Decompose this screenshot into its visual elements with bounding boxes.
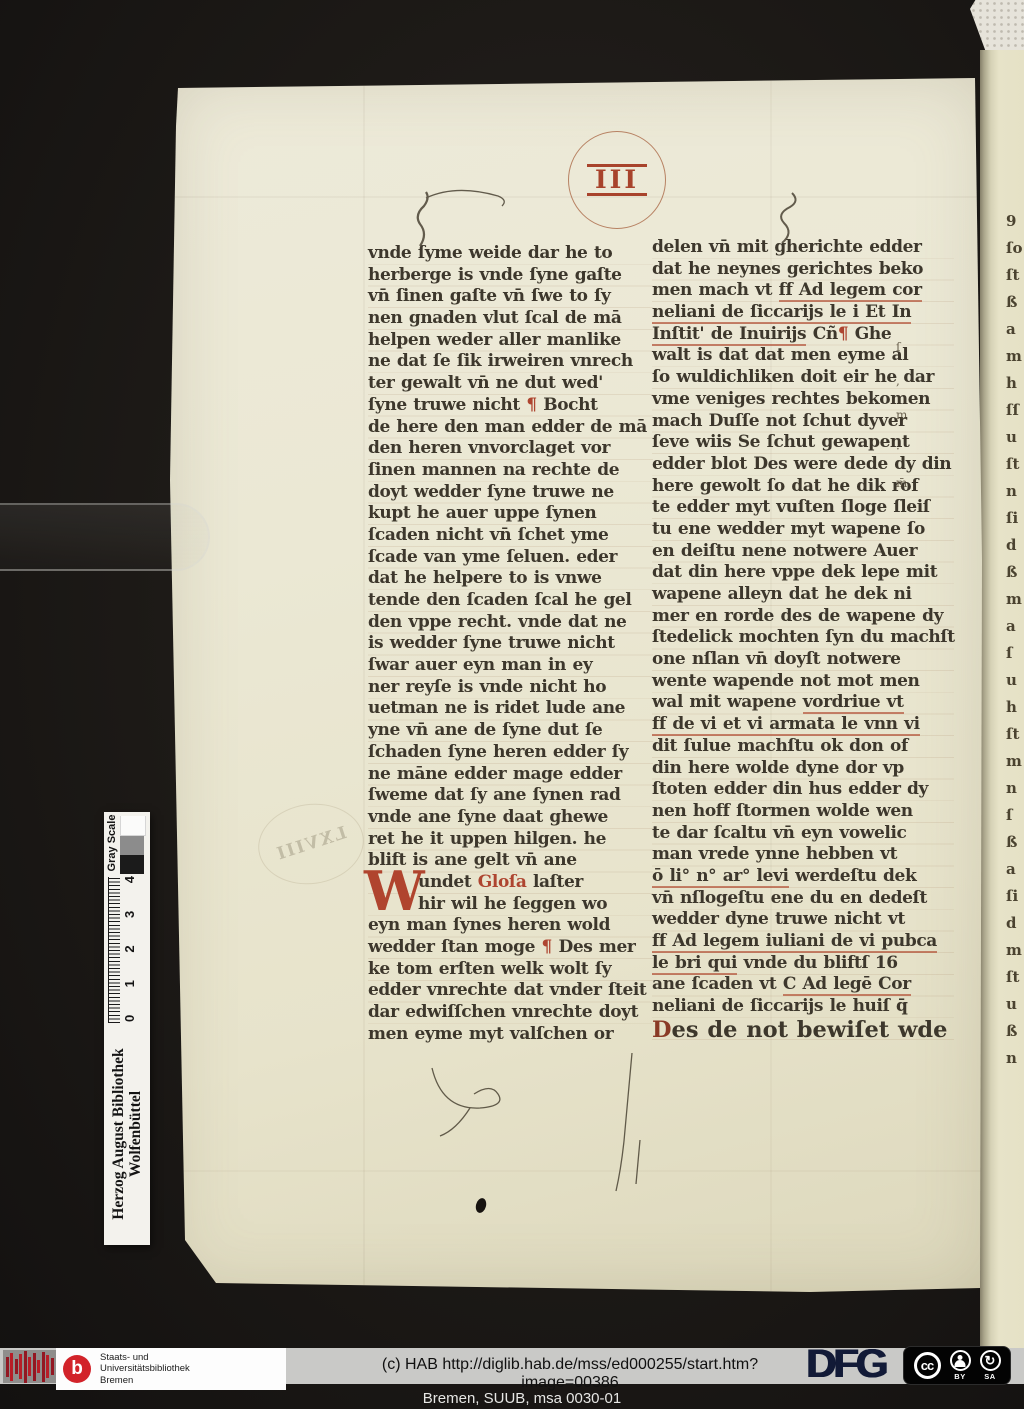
text-segment: herberge is vnde ſyne gaſte [368,265,622,285]
manuscript-line: wapene alleyn dat he dek ni [652,584,954,606]
manuscript-line: nen hoff ſtormen wolde wen [652,801,954,823]
logo-stripe [51,1358,54,1375]
sa-arrow-glyph: ↻ [985,1354,996,1367]
manuscript-line: men eyme myt valſchen or [368,1024,653,1046]
cc-by-label: BY [954,1372,965,1381]
ruler-number: 1 [122,980,137,987]
text-segment: dat he helpere to is vnwe [368,568,602,588]
cc-icon-letters: cc [921,1358,933,1373]
text-segment: ke tom erſten welk wolt ſy [368,959,611,979]
gray-scale-label: Gray Scale [104,812,120,874]
manuscript-line: neliani de ſiccarijs le i Et In [652,302,954,324]
manuscript-line: wal mit wapene vordriue vt [652,692,954,714]
text-segment: wal mit wapene [652,692,803,712]
logo-stripe [19,1354,22,1379]
text-column-left: vnde ſyme weide dar he toherberge is vnd… [368,243,653,1045]
text-segment: uetman ne is ridet lude ane [368,698,625,718]
manuscript-line: edder vnrechte dat vnder ſteit [368,980,653,1002]
manuscript-line: vn̄ nſlogeſtu ene du en dedeſt [652,888,954,910]
facing-page-text-sliver: 9 ſo ſt ß a m h ſſ u ſt n ſi d ß m a ſ u… [1006,208,1024,1072]
text-segment: ō li° n° ar° levi [652,866,789,888]
cc-by-group: BY [950,1350,971,1381]
manuscript-line: vn̄ ſinen gaſte vn̄ ſwe to ſy [368,286,653,308]
manuscript-line: ner reyſe is vnde nicht ho [368,677,653,699]
manuscript-line: le bri qui vnde du bliftſ 16 [652,953,954,975]
text-segment: men eyme myt valſchen or [368,1024,613,1044]
ruler-scale: 0 1 2 3 4 [106,877,150,1023]
logo-stripe [33,1353,36,1381]
text-segment: vn̄ nſlogeſtu ene du en dedeſt [652,888,927,908]
text-segment: ſcade van yme ſeluen. eder [368,547,617,567]
text-segment: ff Ad legem iuliani de vi pubca [652,931,937,953]
manuscript-line: tende den ſcaden ſcal he gel [368,590,653,612]
text-segment: C Ad legē Cor [783,974,911,996]
text-segment: men mach vt [652,280,779,300]
manuscript-line: ſyne truwe nicht ¶ Bocht [368,395,653,417]
manuscript-line: ſweme dat ſy ane ſynen rad [368,785,653,807]
text-segment: ſtedelick mochten ſyn du machſt [652,627,955,647]
text-segment: kupt he auer uppe ſynen [368,503,596,523]
text-segment: yne vn̄ ane de ſyne dut ſe [368,720,602,740]
bremen-library-panel: b Staats- und Universitätsbibliothek Bre… [56,1348,286,1390]
manuscript-line: en deiſtu nene notwere Auer [652,541,954,563]
manuscript-line: den heren vnvorclaget vor [368,438,653,460]
logo-stripe [28,1357,31,1376]
cc-icon: cc [914,1352,941,1379]
text-segment: ¶ [838,324,848,344]
text-segment: wapene alleyn dat he dek ni [652,584,912,604]
manuscript-line: wedder dyne truwe nicht vt [652,909,954,931]
text-segment: wedder dyne truwe nicht vt [652,909,905,929]
text-segment: ſeve wiis Se ſchut gewapent [652,432,909,452]
text-segment: en deiſtu nene notwere Auer [652,541,917,561]
text-segment: neliani de ſiccarijs le i Et In [652,302,911,324]
manuscript-line: man vrede ynne hebben vt [652,844,954,866]
text-segment: nen gnaden vlut ſcal de mā [368,308,621,328]
dfg-logo: DFG [806,1344,885,1384]
manuscript-line: men mach vt ff Ad legem cor [652,280,954,302]
bremen-library-name: Staats- und Universitätsbibliothek Breme… [100,1352,190,1387]
manuscript-line: ne dat ſe ſik irweiren vnrech [368,351,653,373]
cc-sa-arrow-icon: ↻ [980,1350,1001,1371]
text-segment: ne dat ſe ſik irweiren vnrech [368,351,633,371]
gray-scale-target: Gray Scale [104,812,150,874]
text-segment: helpen weder aller manlike [368,330,621,350]
manuscript-line: ff Ad legem iuliani de vi pubca [652,931,954,953]
text-segment: Inſtit' de Inuirijs [652,324,806,346]
text-segment: doyt wedder ſyne truwe ne [368,482,614,502]
text-segment: ff de vi et vi armata le vnn vi [652,714,920,736]
bremen-name-line3: Bremen [100,1375,190,1387]
library-name-line1: Herzog August Bibliothek [110,1048,127,1219]
logo-stripe [15,1359,18,1374]
text-segment: ſinen mannen na rechte de [368,460,619,480]
facing-page-edge: 9 ſo ſt ß a m h ſſ u ſt n ſi d ß m a ſ u… [980,50,1024,1348]
manuscript-line: vnde ſyme weide dar he to [368,243,653,265]
manuscript-line: ret he it uppen hilgen. he [368,829,653,851]
logo-stripe [10,1353,13,1381]
text-segment: undet [418,872,478,892]
manuscript-line: herberge is vnde ſyne gaſte [368,265,653,287]
text-segment: ne māne edder mage edder [368,764,622,784]
manuscript-line: te edder myt vuſten ſloge ſleiſ [652,497,954,519]
text-segment: vnde ſyme weide dar he to [368,243,612,263]
manuscript-line: ſwar auer eyn man in ey [368,655,653,677]
manuscript-line: ke tom erſten welk wolt ſy [368,959,653,981]
text-segment: ſwar auer eyn man in ey [368,655,592,675]
text-segment: ſyne truwe nicht [368,395,526,415]
text-segment: neliani de ſiccarijs le huiſ q̄ [652,996,908,1016]
manuscript-page: III LXVIII vnde ſyme weide dar he toherb… [170,78,984,1292]
text-segment: laſter [526,872,583,892]
text-segment: mach Duſſe not ſchut dyver [652,411,907,431]
text-segment: Des mer [552,937,636,957]
gray-scale-patches [120,812,144,874]
ruler-number: 3 [122,911,137,918]
manuscript-line: ane ſcaden vt C Ad legē Cor [652,974,954,996]
library-name-label: Herzog August Bibliothek Wolfenbüttel [104,1023,150,1245]
text-segment: ſcaden nicht vn̄ ſchet yme [368,525,608,545]
text-segment: ner reyſe is vnde nicht ho [368,677,606,697]
text-segment: den heren vnvorclaget vor [368,438,610,458]
text-segment: ¶ [526,395,536,415]
text-segment: vme veniges rechtes bekomen [652,389,930,409]
manuscript-line: ff de vi et vi armata le vnn vi [652,714,954,736]
text-segment: vn̄ ſinen gaſte vn̄ ſwe to ſy [368,286,611,306]
text-segment: ter gewalt vn̄ ne dut wed' [368,373,603,393]
text-segment: nen hoff ſtormen wolde wen [652,801,913,821]
logo-stripe [24,1351,27,1383]
text-segment: Bocht [537,395,598,415]
ruler-number: 2 [122,945,137,952]
manuscript-line: ter gewalt vn̄ ne dut wed' [368,373,653,395]
text-segment: es de not bewiſet wde [672,1017,948,1043]
bremen-name-line1: Staats- und [100,1352,190,1364]
manuscript-line: dat he helpere to is vnwe [368,568,653,590]
manuscript-line: ſcade van yme ſeluen. eder [368,547,653,569]
manuscript-line: dat din here vppe dek lepe mit [652,562,954,584]
text-segment: le bri qui [652,953,737,975]
manuscript-line: din here wolde dyne dor vp [652,758,954,780]
text-segment: wedder ſtan moge [368,937,542,957]
text-segment: vnde ane ſyne daat ghewe [368,807,608,827]
color-calibration-ruler: Herzog August Bibliothek Wolfenbüttel 0 … [104,812,150,1245]
manuscript-line: ſtedelick mochten ſyn du machſt [652,627,954,649]
manuscript-line: ſchaden ſyne heren edder ſy [368,742,653,764]
text-segment: vordriue vt [803,692,904,714]
text-segment: werdeſtu dek [789,866,917,886]
stamp-text: LXVIII [273,823,350,865]
text-segment: ſtoten edder din hus edder dy [652,779,928,799]
manuscript-line: kupt he auer uppe ſynen [368,503,653,525]
text-segment: te dar ſcaltu vn̄ eyn vowelic [652,823,907,843]
manuscript-line: is wedder ſyne truwe nicht [368,633,653,655]
text-segment: wente wapende not mot men [652,671,919,691]
logo-stripe [37,1360,40,1373]
text-segment: mer en rorde des de wapene dy [652,606,943,626]
text-segment: dat din here vppe dek lepe mit [652,562,937,582]
ruler-numbers: 0 1 2 3 4 [122,875,137,1023]
bremen-name-line2: Universitätsbibliothek [100,1363,190,1375]
text-segment: here gewolt ſo dat he dik rof [652,476,918,496]
manuscript-line: vnde ane ſyne daat ghewe [368,807,653,829]
text-segment: ſweme dat ſy ane ſynen rad [368,785,620,805]
logo-stripe [46,1355,49,1378]
manuscript-line: ſinen mannen na rechte de [368,460,653,482]
text-segment: walt is dat dat men eyme al [652,345,908,365]
text-segment: dat he neynes gerichtes beko [652,259,923,279]
manuscript-line: one nſlan vn̄ doyſt notwere [652,649,954,671]
manuscript-line: dit ſulue machſtu ok don of [652,736,954,758]
manuscript-line: uetman ne is ridet lude ane [368,698,653,720]
gray-patch-mid [120,836,144,855]
gray-patch-black [120,855,144,874]
gray-patch-white [120,816,146,836]
manuscript-line: mer en rorde des de wapene dy [652,606,954,628]
text-segment: ſchaden ſyne heren edder ſy [368,742,628,762]
manuscript-line: yne vn̄ ane de ſyne dut ſe [368,720,653,742]
text-segment: Cñ [806,324,838,344]
page-holder-clip [0,503,210,571]
text-segment: D [652,1017,672,1043]
text-segment: ¶ [542,937,552,957]
shelfmark: Bremen, SUUB, msa 0030-01 [0,1390,1024,1407]
manuscript-line: neliani de ſiccarijs le huiſ q̄ [652,996,954,1018]
text-segment: delen vn̄ mit gherichte edder [652,237,922,257]
text-segment: hir wil he ſeggen wo [418,894,607,914]
manuscript-line: ne māne edder mage edder [368,764,653,786]
manuscript-line: doyt wedder ſyne truwe ne [368,482,653,504]
manuscript-line: de here den man edder de mā [368,417,653,439]
person-body [955,1360,966,1367]
text-segment: tu ene wedder myt wapene ſo [652,519,925,539]
manuscript-line: Des de not bewiſet wde [652,1018,954,1044]
margin-marks: ſ , m · m̄ [896,330,912,500]
logo-stripe [42,1352,45,1382]
ruler-number: 0 [122,1015,137,1022]
text-segment: den vppe recht. vnde dat ne [368,612,626,632]
logo-stripe [6,1357,9,1377]
manuscript-line: ō li° n° ar° levi werdeſtu dek [652,866,954,888]
text-segment: dit ſulue machſtu ok don of [652,736,908,756]
initial-letter-w: W [364,866,416,918]
manuscript-line: helpen weder aller manlike [368,330,653,352]
text-segment: din here wolde dyne dor vp [652,758,904,778]
text-segment: one nſlan vn̄ doyſt notwere [652,649,901,669]
ruler-content: Herzog August Bibliothek Wolfenbüttel 0 … [104,812,150,1245]
cc-license-badge: cc BY ↻ SA [903,1346,1011,1385]
cc-sa-group: ↻ SA [980,1350,1001,1381]
text-segment: ret he it uppen hilgen. he [368,829,606,849]
ruler-number: 4 [122,876,137,883]
manuscript-line: wedder ſtan moge ¶ Des mer [368,937,653,959]
manuscript-line: ſtoten edder din hus edder dy [652,779,954,801]
manuscript-line: dar edwiſſchen vnrechte doyt [368,1002,653,1024]
text-segment: dar edwiſſchen vnrechte doyt [368,1002,638,1022]
cc-sa-label: SA [984,1372,995,1381]
manuscript-line: den vppe recht. vnde dat ne [368,612,653,634]
manuscript-line: wente wapende not mot men [652,671,954,693]
text-segment: is wedder ſyne truwe nicht [368,633,615,653]
copyright-url: (c) HAB http://diglib.hab.de/mss/ed00025… [360,1356,780,1392]
ruler-tick-marks [108,877,120,1023]
text-segment: ſo wuldichliken doit eir he dar [652,367,934,387]
text-segment: man vrede ynne hebben vt [652,844,897,864]
manuscript-line: tu ene wedder myt wapene ſo [652,519,954,541]
text-segment: de here den man edder de mā [368,417,647,437]
manuscript-line: dat he neynes gerichtes beko [652,259,954,281]
text-segment: te edder myt vuſten ſloge ſleiſ [652,497,930,517]
text-segment: Gloſa [478,872,527,892]
manuscript-line: nen gnaden vlut ſcal de mā [368,308,653,330]
text-segment: vnde du bliftſ 16 [737,953,898,973]
text-segment: ane ſcaden vt [652,974,783,994]
bremen-b-logo: b [63,1355,91,1383]
text-segment: edder vnrechte dat vnder ſteit [368,980,646,1000]
digitized-manuscript-photo: { "manuscript": { "folio_number": "III",… [0,0,1024,1409]
library-name-line2: Wolfenbüttel [127,1091,144,1177]
manuscript-line: te dar ſcaltu vn̄ eyn vowelic [652,823,954,845]
suub-stripes-logo [3,1350,56,1383]
text-segment: Ghe [848,324,891,344]
text-segment: ff Ad legem cor [779,280,922,302]
cc-by-person-icon [950,1350,971,1371]
manuscript-line: ſcaden nicht vn̄ ſchet yme [368,525,653,547]
manuscript-line: delen vn̄ mit gherichte edder [652,237,954,259]
text-segment: tende den ſcaden ſcal he gel [368,590,631,610]
